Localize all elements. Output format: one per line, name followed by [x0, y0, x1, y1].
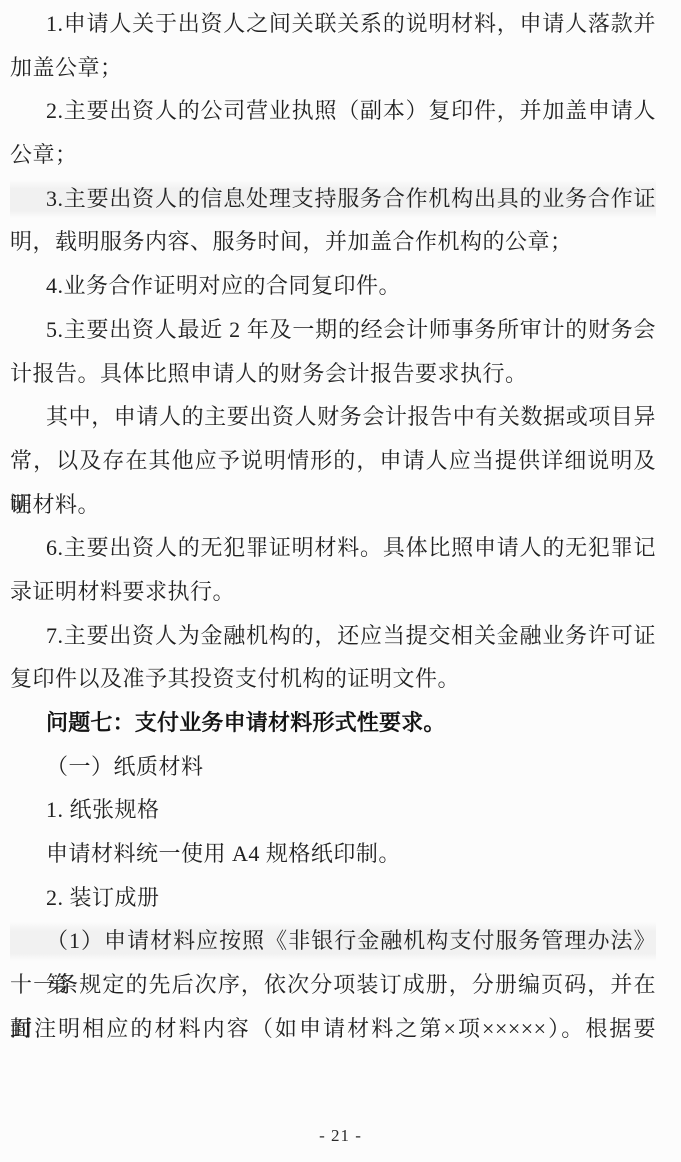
text-line: 2. 装订成册 [10, 876, 656, 920]
text-line: 3.主要出资人的信息处理支持服务合作机构出具的业务合作证 [10, 177, 656, 221]
text-line: 十一条规定的先后次序，依次分项装订成册，分册编页码，并在封 [10, 963, 656, 1007]
text-line: 公章； [10, 133, 656, 177]
text-line: 加盖公章； [10, 46, 656, 90]
text-line: 6.主要出资人的无犯罪证明材料。具体比照申请人的无犯罪记 [10, 526, 656, 570]
text-line: 申请材料统一使用 A4 规格纸印制。 [10, 832, 656, 876]
text-line: 面注明相应的材料内容（如申请材料之第×项×××××）。根据要 [10, 1007, 656, 1051]
text-line: 1. 纸张规格 [10, 788, 656, 832]
text-line: 4.业务合作证明对应的合同复印件。 [10, 264, 656, 308]
text-line: 明材料。 [10, 483, 656, 527]
text-line: （一）纸质材料 [10, 745, 656, 789]
text-line: 其中，申请人的主要出资人财务会计报告中有关数据或项目异 [10, 395, 656, 439]
document-page: 1.申请人关于出资人之间关联关系的说明材料，申请人落款并加盖公章；2.主要出资人… [0, 0, 681, 1162]
text-line: 7.主要出资人为金融机构的，还应当提交相关金融业务许可证 [10, 614, 656, 658]
text-line: 5.主要出资人最近 2 年及一期的经会计师事务所审计的财务会 [10, 308, 656, 352]
text-line: （1）申请材料应按照《非银行金融机构支付服务管理办法》第 [10, 919, 656, 963]
text-line: 常，以及存在其他应予说明情形的，申请人应当提供详细说明及证 [10, 439, 656, 483]
text-line: 录证明材料要求执行。 [10, 570, 656, 614]
page-number: - 21 - [0, 1124, 681, 1148]
text-line: 问题七：支付业务申请材料形式性要求。 [10, 701, 656, 745]
text-line: 2.主要出资人的公司营业执照（副本）复印件，并加盖申请人 [10, 89, 656, 133]
text-line: 复印件以及准予其投资支付机构的证明文件。 [10, 657, 656, 701]
text-line: 计报告。具体比照申请人的财务会计报告要求执行。 [10, 352, 656, 396]
text-line: 1.申请人关于出资人之间关联关系的说明材料，申请人落款并 [10, 2, 656, 46]
text-line: 明，载明服务内容、服务时间，并加盖合作机构的公章； [10, 220, 656, 264]
document-body: 1.申请人关于出资人之间关联关系的说明材料，申请人落款并加盖公章；2.主要出资人… [10, 2, 656, 1051]
